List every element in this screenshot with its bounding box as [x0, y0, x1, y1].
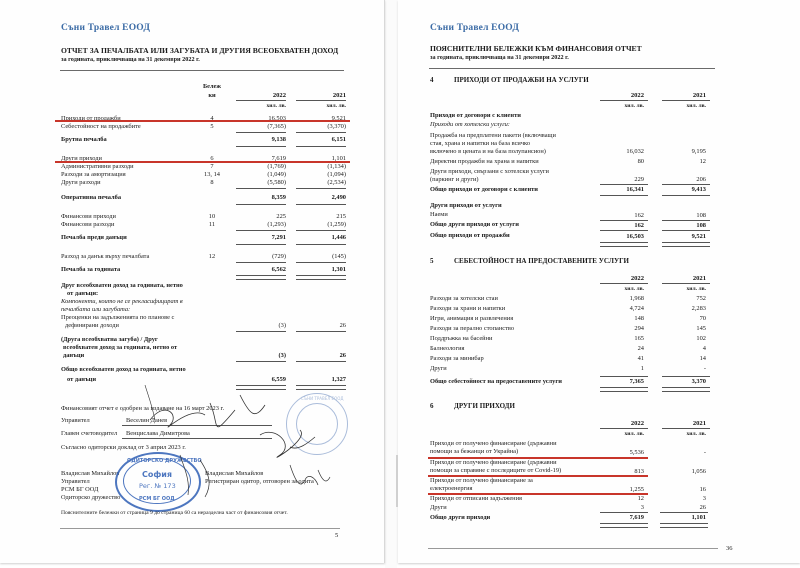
note4-title: ПРИХОДИ ОТ ПРОДАЖБИ НА УСЛУГИ	[454, 76, 589, 84]
col-notes-header-2: ки	[197, 92, 227, 99]
accountant-label: Главен счетоводител	[61, 430, 117, 437]
row-value-2022: 7,291	[240, 234, 286, 241]
direct-sales-2022: 80	[598, 158, 644, 165]
col-2021-unit: хил. лв.	[300, 103, 346, 109]
note6-total-2021: 1,101	[660, 514, 706, 521]
total-sales-label: Общо приходи от продажби	[430, 232, 510, 239]
total-sales-2022: 16,503	[598, 233, 644, 240]
cost-row-label: Други	[430, 365, 447, 372]
row-note: 13, 14	[197, 171, 227, 178]
row-label: Печалба за годината	[61, 266, 120, 273]
row-label: Финансови разходи	[61, 221, 114, 228]
underline	[236, 244, 286, 245]
cost-row-2021: 14	[660, 355, 706, 362]
note6-col-2021: 2021	[660, 420, 706, 427]
hotel-heading: Приходи от хотелски услуги:	[430, 121, 510, 128]
underline	[296, 188, 346, 189]
ukraine-funding-label: Приходи от получено финансиране (държавн…	[430, 440, 557, 447]
page-number-right: 36	[726, 545, 733, 552]
direct-sales-label: Директни продажби на храна и напитки	[430, 158, 539, 165]
note5-col-2022: 2022	[598, 275, 644, 282]
cost-row-2022: 148	[598, 315, 644, 322]
total-other-services-label: Общо други приходи от услуги	[430, 221, 519, 228]
row-value-2021: 215	[300, 213, 346, 220]
col-2021-header: 2021	[300, 92, 346, 99]
auditor-role: Управител	[61, 478, 90, 485]
signatures-icon	[140, 385, 340, 505]
auditor-name: Владислав Михайлов	[61, 470, 119, 477]
covid-funding-label: Приходи от получено финансиране (държавн…	[430, 459, 557, 466]
other-hotel-2021: 206	[660, 176, 706, 183]
row-note: 7	[197, 163, 227, 170]
oci-total-2021: 26	[300, 352, 346, 359]
row-value-2021: (3,370)	[300, 123, 346, 130]
direct-sales-2021: 12	[660, 158, 706, 165]
note5-unit-2021: хил. лв.	[660, 286, 706, 292]
ukraine-funding-2022: 5,536	[598, 449, 644, 456]
total-ci-2021: 1,327	[300, 376, 346, 383]
row-value-2021: 6,151	[300, 136, 346, 143]
cost-row-2021: 2,283	[660, 305, 706, 312]
row-label: Административни разходи	[61, 163, 134, 170]
total-sales-2021: 9,521	[660, 233, 706, 240]
note6-number: 6	[430, 402, 434, 410]
row-label: Разходи за амортизация	[61, 171, 126, 178]
underline	[236, 204, 286, 205]
row-label: Разход за данък върху печалбата	[61, 253, 149, 260]
note5-total-2021: 3,370	[660, 378, 706, 385]
oci-italic-cont: печалбата или загубата:	[61, 306, 130, 313]
row-note: 12	[197, 253, 227, 260]
highlight-line-ukraine	[428, 457, 648, 459]
cost-row-label: Разходи за хотелски стаи	[430, 295, 498, 302]
energy-funding-2022: 1,255	[598, 486, 644, 493]
ukraine-funding-2021: -	[660, 449, 706, 456]
oci-total-cont2: данъци	[63, 352, 84, 359]
total-other-services-2022: 162	[598, 222, 644, 229]
page-left-income-statement: Съни Травел ЕООД ОТЧЕТ ЗА ПЕЧАЛБАТА ИЛИ …	[0, 0, 385, 563]
page-right-notes: Съни Травел ЕООД ПОЯСНИТЕЛНИ БЕЛЕЖКИ КЪМ…	[398, 0, 800, 563]
notes-subtitle: за годината, приключваща на 31 декември …	[430, 54, 569, 61]
cost-row-2021: 102	[660, 335, 706, 342]
header-divider	[60, 70, 344, 71]
underline	[236, 132, 286, 133]
writeoff-2022: 12	[598, 495, 644, 502]
note6-title: ДРУГИ ПРИХОДИ	[454, 402, 515, 410]
note6-col-2022: 2022	[598, 420, 644, 427]
row-value-2021: (2,534)	[300, 179, 346, 186]
cost-row-2022: 294	[598, 325, 644, 332]
row-value-2021: 1,301	[300, 266, 346, 273]
covid-funding-2021: 1,056	[660, 468, 706, 475]
row-label: Оперативна печалба	[61, 194, 121, 201]
cost-row-label: Балнеология	[430, 345, 464, 352]
row-note: 11	[197, 221, 227, 228]
note4-unit-2021: хил. лв.	[660, 103, 706, 109]
covid-funding-2022: 813	[598, 468, 644, 475]
note4-col-2021: 2021	[660, 92, 706, 99]
row-label: Брутна печалба	[61, 136, 107, 143]
energy-funding-label: Приходи от получено финансиране за	[430, 477, 533, 484]
row-label: Печалба преди данъци	[61, 234, 127, 241]
company-name: Съни Травел ЕООД	[430, 23, 519, 33]
total-other-services-2021: 108	[660, 222, 706, 229]
row-value-2022: (1,049)	[240, 171, 286, 178]
page-number-left: 5	[335, 532, 338, 539]
row-value-2021: 1,446	[300, 234, 346, 241]
oci-item-cont: дефинирани доходи	[65, 322, 119, 329]
oci-item: Преоценки на задълженията по планове с	[61, 314, 174, 321]
oci-heading: Друг всеобхватен доход за годината, нетн…	[61, 282, 183, 289]
row-value-2022: 6,562	[240, 266, 286, 273]
note6-total-2022: 7,619	[598, 514, 644, 521]
other-services-heading: Други приходи от услуги	[430, 202, 502, 209]
total-contracts-2022: 16,341	[598, 186, 644, 193]
cost-row-2022: 1,968	[598, 295, 644, 302]
row-value-2021: (145)	[300, 253, 346, 260]
company-name: Съни Травел ЕООД	[61, 23, 150, 33]
row-value-2021: 2,490	[300, 194, 346, 201]
row-value-2022: (1,293)	[240, 221, 286, 228]
cost-row-2021: -	[660, 365, 706, 372]
col-notes-header-1: Бележ	[197, 83, 227, 90]
row-value-2022: (729)	[240, 253, 286, 260]
energy-funding-label-2: електроенергия	[430, 485, 473, 492]
row-label: Други разходи	[61, 179, 101, 186]
row-value-2022: (1,769)	[240, 163, 286, 170]
oci-item-2021: 26	[300, 322, 346, 329]
note5-total-label: Общо себестойност на предоставените услу…	[430, 378, 562, 385]
total-contracts-label: Общо приходи от договори с клиенти	[430, 186, 538, 193]
oci-heading-cont: от данъци:	[67, 290, 98, 297]
cost-row-2022: 41	[598, 355, 644, 362]
row-value-2022: (7,365)	[240, 123, 286, 130]
writeoff-label: Приходи от отписани задължения	[430, 495, 522, 502]
row-value-2021: (1,134)	[300, 163, 346, 170]
oci-italic: Компоненти, които не се рекласифицират в	[61, 298, 183, 305]
row-value-2021: (1,259)	[300, 221, 346, 228]
cost-row-2021: 752	[660, 295, 706, 302]
oci-total-cont: всеобхватен доход за годината, нетно от	[63, 344, 177, 351]
row-label: Себестойност на продажбите	[61, 123, 141, 130]
statement-subtitle: за годината, приключваща на 31 декември …	[61, 56, 200, 63]
note6-unit-2021: хил. лв.	[660, 431, 706, 437]
underline	[236, 230, 286, 231]
underline	[236, 262, 286, 263]
row-note: 10	[197, 213, 227, 220]
cost-row-label: Разходи за минибар	[430, 355, 484, 362]
cost-row-2022: 24	[598, 345, 644, 352]
prepaid-label-3: включено в цената и на база полупансион)	[430, 148, 546, 155]
statement-title: ОТЧЕТ ЗА ПЕЧАЛБАТА ИЛИ ЗАГУБАТА И ДРУГИЯ…	[61, 46, 338, 55]
cost-row-2021: 4	[660, 345, 706, 352]
underline	[296, 275, 346, 280]
underline	[236, 188, 286, 189]
cost-row-2021: 145	[660, 325, 706, 332]
note6-total-label: Общо други приходи	[430, 514, 490, 521]
footer-note: Пояснителните бележки от страница 9 до с…	[61, 510, 288, 516]
col-2022-header: 2022	[240, 92, 286, 99]
oci-total: (Друга всеобхватна загуба) / Друг	[61, 336, 158, 343]
note6-other-label: Други	[430, 504, 447, 511]
prepaid-2022: 16,032	[598, 148, 644, 155]
note4-col-2022: 2022	[598, 92, 644, 99]
covid-funding-label-2: помощи за справяне с последиците от Covi…	[430, 467, 561, 474]
underline	[296, 204, 346, 205]
other-hotel-2022: 229	[598, 176, 644, 183]
row-value-2021: (1,094)	[300, 171, 346, 178]
rent-2022: 162	[598, 212, 644, 219]
total-comprehensive-income: Общо всеобхватен доход за годината, нетн…	[61, 366, 186, 373]
cost-row-2022: 165	[598, 335, 644, 342]
cost-row-label: Игри, анимация и развлечения	[430, 315, 513, 322]
highlight-line-covid	[428, 475, 648, 477]
total-ci-2022: 6,559	[240, 376, 286, 383]
audit-firm: РСМ БГ ООД	[61, 486, 98, 493]
oci-item-2022: (3)	[240, 322, 286, 329]
note4-unit-2022: хил. лв.	[598, 103, 644, 109]
note6-other-2021: 26	[660, 504, 706, 511]
rent-label: Наеми	[430, 211, 448, 218]
underline	[296, 262, 346, 263]
note5-col-2021: 2021	[660, 275, 706, 282]
note5-total-2022: 7,365	[598, 378, 644, 385]
note4-number: 4	[430, 76, 434, 84]
oci-total-2022: (3)	[240, 352, 286, 359]
contracts-heading: Приходи от договори с клиенти	[430, 112, 521, 119]
row-note: 5	[197, 123, 227, 130]
cost-row-2022: 1	[598, 365, 644, 372]
note5-title: СЕБЕСТОЙНОСТ НА ПРЕДОСТАВЕНИТЕ УСЛУГИ	[454, 257, 629, 265]
row-value-2022: 225	[240, 213, 286, 220]
total-contracts-2021: 9,413	[660, 186, 706, 193]
prepaid-label: Продажба на предплатени пакети (включващ…	[430, 132, 556, 139]
note6-other-2022: 3	[598, 504, 644, 511]
energy-funding-2021: 16	[660, 486, 706, 493]
cost-row-label: Разходи за перално стопанство	[430, 325, 514, 332]
highlight-line-other-income	[55, 161, 350, 163]
underline	[296, 146, 346, 147]
underline	[296, 132, 346, 133]
header-divider	[429, 68, 715, 69]
underline	[296, 244, 346, 245]
manager-label: Управител	[61, 417, 90, 424]
row-value-2022: 8,359	[240, 194, 286, 201]
underline	[296, 230, 346, 231]
notes-title: ПОЯСНИТЕЛНИ БЕЛЕЖКИ КЪМ ФИНАНСОВИЯ ОТЧЕТ	[430, 44, 642, 53]
rent-2021: 108	[660, 212, 706, 219]
note5-number: 5	[430, 257, 434, 265]
cost-row-2022: 4,724	[598, 305, 644, 312]
col-2022-unit: хил. лв.	[240, 103, 286, 109]
note5-unit-2022: хил. лв.	[598, 286, 644, 292]
row-label: Финансови приходи	[61, 213, 116, 220]
underline	[236, 146, 286, 147]
prepaid-label-2: стая, храна и напитки на база всичко	[430, 140, 530, 147]
cost-row-label: Поддръжка на басейни	[430, 335, 492, 342]
row-value-2022: (5,580)	[240, 179, 286, 186]
audit-firm-type: Одиторско дружество	[61, 494, 120, 501]
prepaid-2021: 9,195	[660, 148, 706, 155]
other-hotel-label-2: (паркинг и други)	[430, 176, 479, 183]
other-hotel-label: Други приходи, свързани с хотелски услуг…	[430, 168, 549, 175]
ukraine-funding-label-2: помощи за бежанци от Украйна)	[430, 448, 518, 455]
total-comprehensive-income-cont: от данъци	[67, 376, 96, 383]
highlight-line-energy	[428, 493, 648, 495]
cost-row-2021: 70	[660, 315, 706, 322]
row-note: 8	[197, 179, 227, 186]
note6-unit-2022: хил. лв.	[598, 431, 644, 437]
cost-row-label: Разходи за храни и напитки	[430, 305, 505, 312]
underline	[236, 275, 286, 280]
row-value-2022: 9,138	[240, 136, 286, 143]
writeoff-2021: 3	[660, 495, 706, 502]
highlight-line-revenue	[55, 120, 350, 122]
